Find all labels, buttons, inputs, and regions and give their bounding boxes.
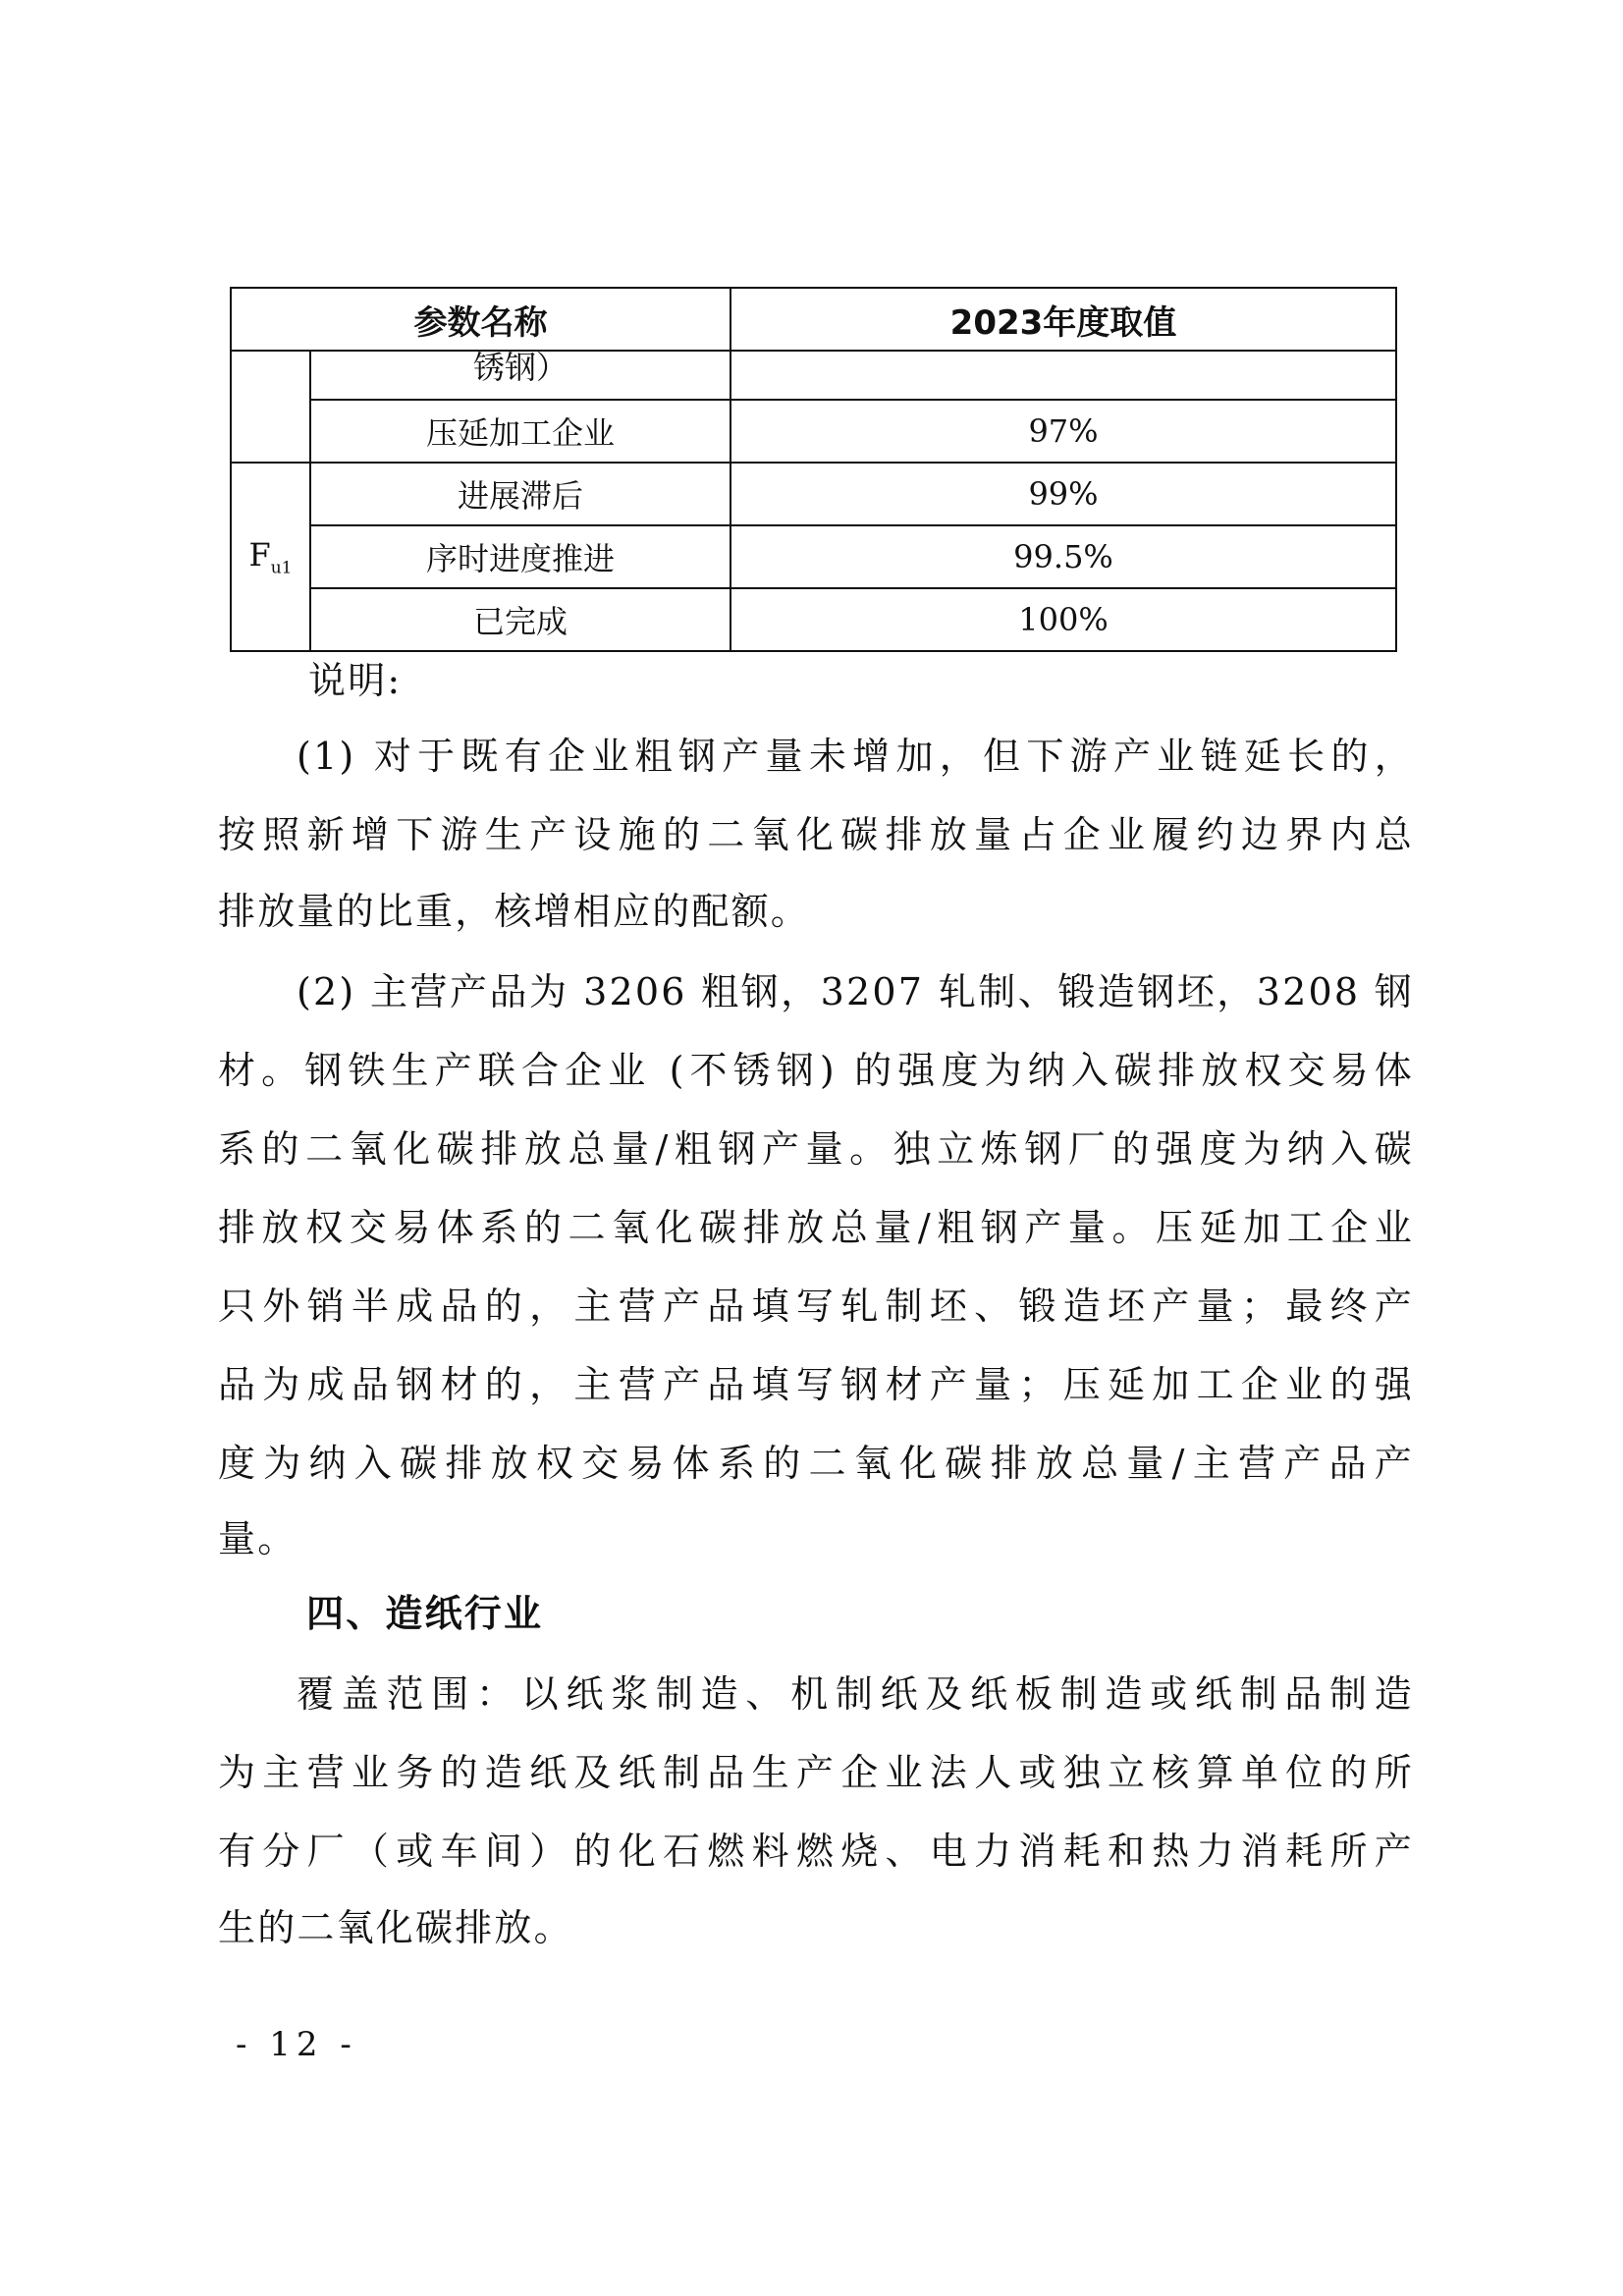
param-name: 锈钢） (310, 351, 730, 400)
table-row: 压延加工企业 97% (231, 400, 1396, 463)
param-value: 97% (730, 400, 1396, 463)
param-name: 进展滞后 (310, 463, 730, 525)
param-value: 100% (730, 588, 1396, 651)
group-symbol: F (249, 536, 271, 574)
note-line: 度为纳入碳排放权交易体系的二氧化碳排放总量/主营产品产 (218, 1444, 1414, 1483)
param-name: 压延加工企业 (310, 400, 730, 463)
section-line: 有分厂（或车间）的化石燃料燃烧、电力消耗和热力消耗所产 (218, 1831, 1414, 1871)
page-number: - 12 - (236, 2025, 357, 2064)
table-row: 锈钢） (231, 351, 1396, 400)
param-name: 序时进度推进 (310, 525, 730, 588)
note-line: 排放权交易体系的二氧化碳排放总量/粗钢产量。压延加工企业 (218, 1208, 1414, 1247)
note-line: 量。 (218, 1519, 297, 1558)
table-row: Fu1 进展滞后 99% (231, 463, 1396, 525)
section-line: 生的二氧化碳排放。 (218, 1908, 573, 1947)
note-line: 按照新增下游生产设施的二氧化碳排放量占企业履约边界内总 (218, 815, 1414, 854)
section-line: 为主营业务的造纸及纸制品生产企业法人或独立核算单位的所 (218, 1753, 1414, 1792)
param-name: 已完成 (310, 588, 730, 651)
note-line: 品为成品钢材的，主营产品填写钢材产量；压延加工企业的强 (218, 1365, 1414, 1404)
note-line: (1) 对于既有企业粗钢产量未增加，但下游产业链延长的， (218, 737, 1414, 776)
note-line: 排放量的比重，核增相应的配额。 (218, 892, 810, 931)
note-line: (2) 主营产品为 3206 粗钢，3207 轧制、锻造钢坯，3208 钢 (218, 972, 1414, 1011)
group-cell-fu1: Fu1 (231, 463, 310, 651)
group-cell-steel (231, 351, 310, 463)
parameter-table: 参数名称 2023年度取值 锈钢） 压延加工企业 97% Fu1 进展滞后 99… (230, 287, 1397, 652)
header-param-name: 参数名称 (231, 288, 730, 351)
param-value: 99% (730, 463, 1396, 525)
header-2023-value: 2023年度取值 (730, 288, 1396, 351)
param-value (730, 351, 1396, 400)
note-line: 只外销半成品的，主营产品填写轧制坯、锻造坯产量；最终产 (218, 1286, 1414, 1326)
table-row: 已完成 100% (231, 588, 1396, 651)
document-page: 参数名称 2023年度取值 锈钢） 压延加工企业 97% Fu1 进展滞后 99… (0, 0, 1623, 2296)
notes-title: 说明: (218, 661, 402, 700)
param-value: 99.5% (730, 525, 1396, 588)
table-row: 序时进度推进 99.5% (231, 525, 1396, 588)
note-line: 材。钢铁生产联合企业 (不锈钢) 的强度为纳入碳排放权交易体 (218, 1051, 1414, 1090)
section-heading: 四、造纸行业 (218, 1594, 543, 1633)
group-subscript: u1 (271, 558, 293, 577)
note-line: 系的二氧化碳排放总量/粗钢产量。独立炼钢厂的强度为纳入碳 (218, 1129, 1414, 1169)
table-header-row: 参数名称 2023年度取值 (231, 288, 1396, 351)
section-line: 覆盖范围：以纸浆制造、机制纸及纸板制造或纸制品制造 (218, 1674, 1414, 1714)
